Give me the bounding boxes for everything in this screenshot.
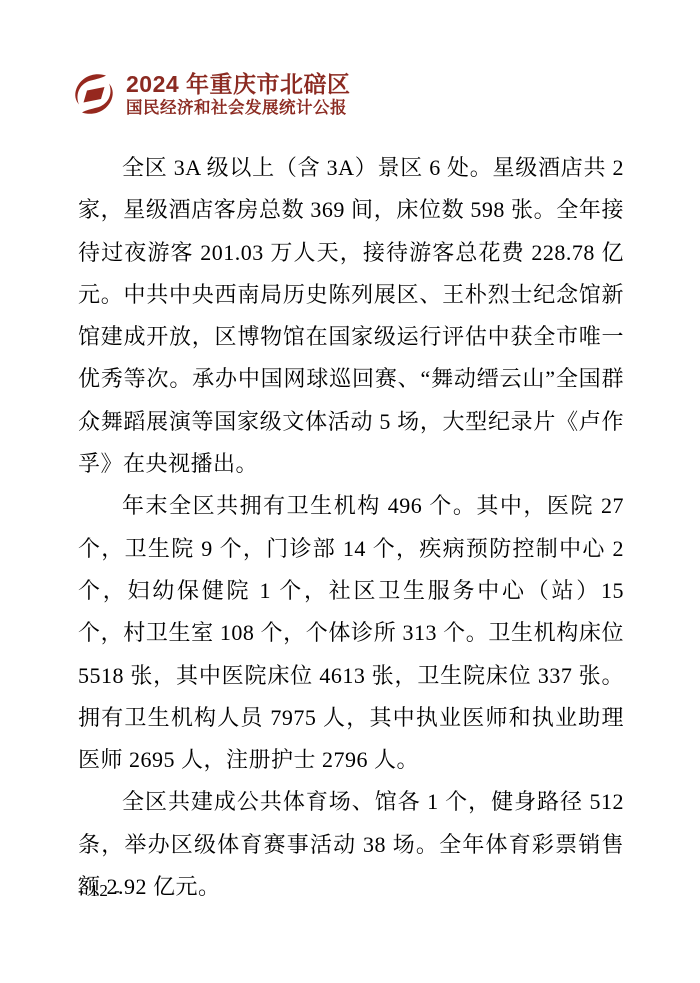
- page-footer: - 12 -: [78, 881, 121, 901]
- bulletin-title-year-region: 2024 年重庆市北碚区: [126, 71, 351, 97]
- header-titles: 2024 年重庆市北碚区 国民经济和社会发展统计公报: [126, 71, 351, 118]
- bulletin-header: 2024 年重庆市北碚区 国民经济和社会发展统计公报: [69, 69, 351, 119]
- paragraph-tourism-culture: 全区 3A 级以上（含 3A）景区 6 处。星级酒店共 2 家，星级酒店客房总数…: [78, 147, 624, 485]
- statistics-bureau-swirl-logo-icon: [69, 69, 119, 119]
- bulletin-title-subtitle: 国民经济和社会发展统计公报: [126, 99, 351, 118]
- bulletin-body: 全区 3A 级以上（含 3A）景区 6 处。星级酒店共 2 家，星级酒店客房总数…: [78, 147, 624, 908]
- document-page: 2024 年重庆市北碚区 国民经济和社会发展统计公报 全区 3A 级以上（含 3…: [0, 0, 700, 983]
- paragraph-health-institutions: 年末全区共拥有卫生机构 496 个。其中，医院 27 个，卫生院 9 个，门诊部…: [78, 485, 624, 781]
- page-number: - 12 -: [78, 881, 121, 900]
- paragraph-sports: 全区共建成公共体育场、馆各 1 个，健身路径 512 条，举办区级体育赛事活动 …: [78, 781, 624, 908]
